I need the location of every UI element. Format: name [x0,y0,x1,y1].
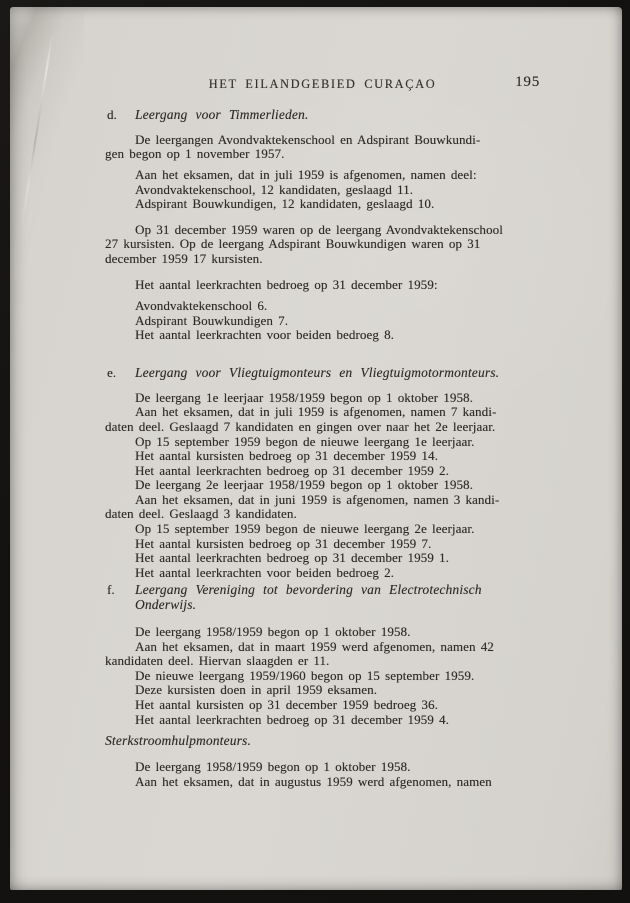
section-body: De leergang 1958/1959 begon op 1 oktober… [105,625,540,727]
section-label: f. [105,583,135,598]
section: e.Leergang voor Vliegtuigmonteurs en Vli… [105,366,540,581]
text-column: HET EILANDGEBIED CURAÇAO 195 d.Leergang … [105,77,540,789]
text-line: Het aantal leerkrachten bedroeg op 31 de… [105,278,540,293]
text-line: De leergang 1e leerjaar 1958/1959 begon … [105,391,540,406]
text-line: Aan het eksamen, dat in maart 1959 werd … [105,640,540,655]
text-line: Het aantal leerkrachten bedroeg op 31 de… [105,551,540,566]
section: Sterkstroomhulpmonteurs.De leergang 1958… [105,734,540,789]
text-line: Het aantal leerkrachten bedroeg op 31 de… [105,713,540,728]
paragraph: De leergang 1e leerjaar 1958/1959 begon … [105,391,540,581]
section-label: e. [105,366,135,381]
section-heading: Leergang voor Vliegtuigmonteurs en Vlieg… [135,365,499,380]
section-heading-line: Sterkstroomhulpmonteurs. [105,734,540,749]
text-line: De leergang 1958/1959 begon op 1 oktober… [105,625,540,640]
text-line: De leergang 1958/1959 begon op 1 oktober… [105,760,540,775]
page-corner-fold [10,7,84,242]
text-line: Het aantal leerkrachten bedroeg op 31 de… [105,464,540,479]
section-heading: Leergang voor Timmerlieden. [135,107,308,122]
text-line: Aan het eksamen, dat in augustus 1959 we… [105,775,540,790]
section-body: De leergang 1e leerjaar 1958/1959 begon … [105,391,540,581]
paragraph: Op 31 december 1959 waren op de leergang… [105,223,540,267]
text-line: Het aantal kursisten bedroeg op 31 decem… [105,449,540,464]
paragraph: De leergang 1958/1959 begon op 1 oktober… [105,760,540,789]
text-line: Het aantal kursisten op 31 december 1959… [105,698,540,713]
text-line: 27 kursisten. Op de leergang Adspirant B… [105,237,540,252]
text-line: Adspirant Bouwkundigen 7. [105,314,540,329]
text-line: Op 15 september 1959 begon de nieuwe lee… [105,522,540,537]
text-line: Avondvaktekenschool, 12 kandidaten, gesl… [105,183,540,198]
text-line: december 1959 17 kursisten. [105,252,540,267]
section-heading: Leergang Vereniging tot bevordering van … [135,582,482,597]
scanner-background: HET EILANDGEBIED CURAÇAO 195 d.Leergang … [0,0,630,903]
text-line: Avondvaktekenschool 6. [105,299,540,314]
page-fold-crease [21,34,53,227]
text-line: daten deel. Geslaagd 3 kandidaten. [105,507,540,522]
running-title: HET EILANDGEBIED CURAÇAO [105,77,540,92]
section-heading-line: Onderwijs. [105,598,540,613]
section-heading-line: e.Leergang voor Vliegtuigmonteurs en Vli… [105,366,540,381]
scanned-page: HET EILANDGEBIED CURAÇAO 195 d.Leergang … [10,7,622,890]
running-header: HET EILANDGEBIED CURAÇAO 195 [105,77,540,92]
paragraph: Aan het eksamen, dat in juli 1959 is afg… [105,168,540,212]
text-line: Het aantal kursisten bedroeg op 31 decem… [105,537,540,552]
section-heading: Onderwijs. [105,597,196,612]
section-heading-line: d.Leergang voor Timmerlieden. [105,108,540,123]
section-label: d. [105,108,135,123]
text-line: gen begon op 1 november 1957. [105,147,540,162]
paragraph: De leergang 1958/1959 begon op 1 oktober… [105,625,540,727]
text-line: Aan het eksamen, dat in juli 1959 is afg… [105,405,540,420]
text-line: Deze kursisten doen in april 1959 eksame… [105,683,540,698]
text-line: Het aantal leerkrachten voor beiden bedr… [105,566,540,581]
section-heading-line: f.Leergang Vereniging tot bevordering va… [105,583,540,598]
text-line: De leergangen Avondvaktekenschool en Ads… [105,133,540,148]
text-line: De leergang 2e leerjaar 1958/1959 begon … [105,478,540,493]
text-line: kandidaten deel. Hiervan slaagden er 11. [105,654,540,669]
text-line: Aan het eksamen, dat in juli 1959 is afg… [105,168,540,183]
section-body: De leergang 1958/1959 begon op 1 oktober… [105,760,540,789]
text-line: Op 15 september 1959 begon de nieuwe lee… [105,435,540,450]
document-body: d.Leergang voor Timmerlieden.De leergang… [105,108,540,789]
text-line: Het aantal leerkrachten voor beiden bedr… [105,328,540,343]
section-body: De leergangen Avondvaktekenschool en Ads… [105,133,540,343]
section: d.Leergang voor Timmerlieden.De leergang… [105,108,540,343]
text-line: Adspirant Bouwkundigen, 12 kandidaten, g… [105,197,540,212]
page-number: 195 [515,75,540,90]
text-line: De nieuwe leergang 1959/1960 begon op 15… [105,669,540,684]
text-line: Aan het eksamen, dat in juni 1959 is afg… [105,493,540,508]
section-heading: Sterkstroomhulpmonteurs. [105,733,251,748]
section: f.Leergang Vereniging tot bevordering va… [105,583,540,727]
paragraph: Het aantal leerkrachten bedroeg op 31 de… [105,278,540,293]
text-line: daten deel. Geslaagd 7 kandidaten en gin… [105,420,540,435]
paragraph: De leergangen Avondvaktekenschool en Ads… [105,133,540,162]
paragraph: Avondvaktekenschool 6.Adspirant Bouwkund… [105,299,540,343]
text-line: Op 31 december 1959 waren op de leergang… [105,223,540,238]
